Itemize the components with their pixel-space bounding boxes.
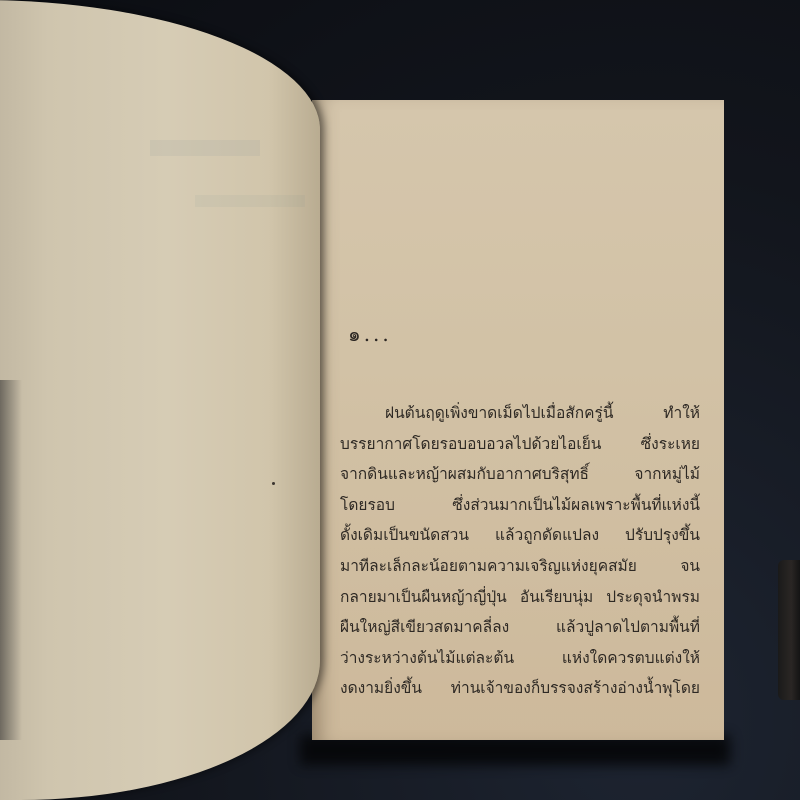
- text-line: โดยรอบ ซึ่งส่วนมากเป็นไม้ผลเพราะพื้นที่แ…: [340, 490, 700, 521]
- body-paragraph: ฝนต้นฤดูเพิ่งขาดเม็ดไปเมื่อสักครู่นี้ ทำ…: [340, 398, 700, 704]
- text-line: ฝนต้นฤดูเพิ่งขาดเม็ดไปเมื่อสักครู่นี้ ทำ…: [340, 398, 700, 429]
- ink-show-through: [150, 140, 260, 156]
- text-line: กลายมาเป็นผืนหญ้าญี่ปุ่น อันเรียบนุ่ม ปร…: [340, 582, 700, 613]
- dark-object-edge: [778, 560, 800, 700]
- text-line: จากดินและหญ้าผสมกับอากาศบริสุทธิ์ จากหมู…: [340, 459, 700, 490]
- text-line: ผืนใหญ่สีเขียวสดมาคลี่ลง แล้วปูลาดไปตามพ…: [340, 612, 700, 643]
- chapter-marker: ๑...: [348, 318, 392, 350]
- text-line: ดั้งเดิมเป็นขนัดสวน แล้วถูกดัดแปลง ปรับป…: [340, 520, 700, 551]
- hand-shadow: [0, 380, 22, 740]
- text-line: งดงามยิ่งขึ้น ท่านเจ้าของก็บรรจงสร้างอ่า…: [340, 673, 700, 704]
- text-line: มาทีละเล็กละน้อยตามความเจริญแห่งยุคสมัย …: [340, 551, 700, 582]
- left-page: [0, 0, 320, 800]
- text-line: บรรยากาศโดยรอบอบอวลไปด้วยไอเย็น ซึ่งระเห…: [340, 429, 700, 460]
- ink-show-through: [195, 195, 305, 207]
- paper-speck: [272, 482, 275, 485]
- text-line: ว่างระหว่างต้นไม้แต่ละต้น แห่งใดควรตบแต่…: [340, 643, 700, 674]
